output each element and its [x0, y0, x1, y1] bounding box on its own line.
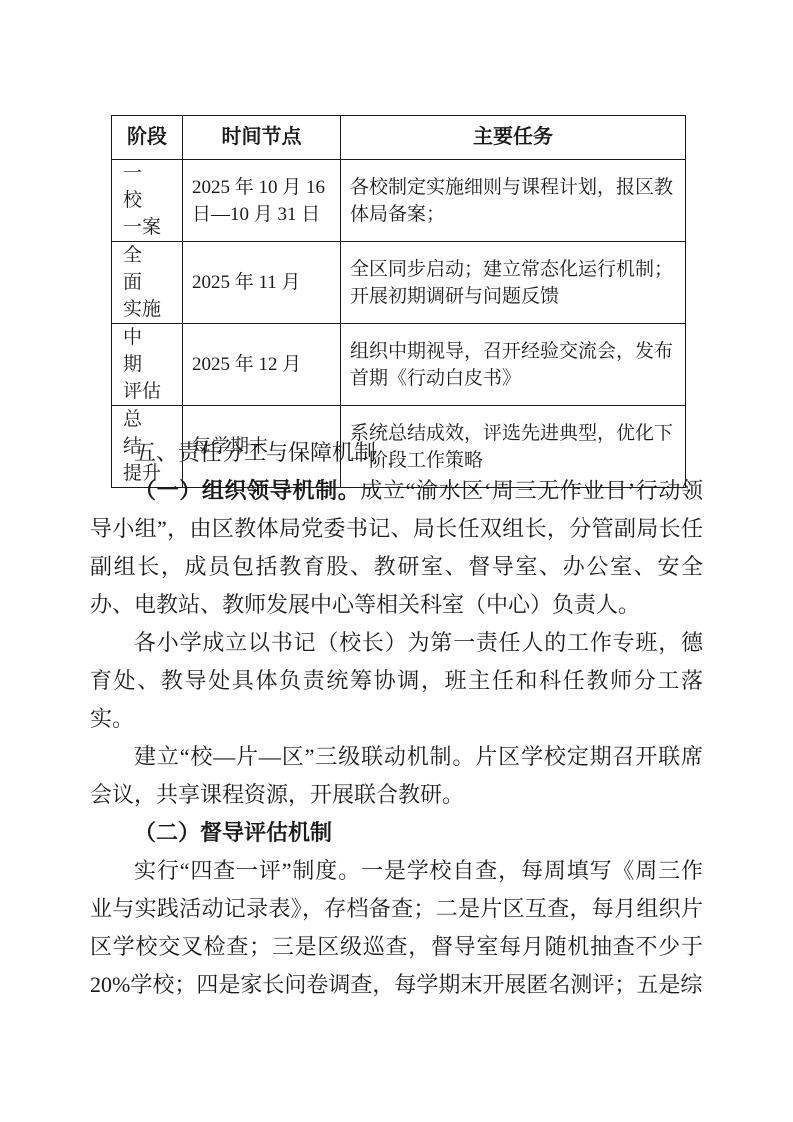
header-time: 时间节点	[183, 116, 341, 160]
phase-schedule-table: 阶段 时间节点 主要任务 一 校 一案 2025 年 10 月 16 日—10 …	[111, 115, 686, 488]
document-page: 阶段 时间节点 主要任务 一 校 一案 2025 年 10 月 16 日—10 …	[0, 0, 793, 1122]
stage-cell: 全 面 实施	[112, 242, 183, 324]
header-stage: 阶段	[112, 116, 183, 160]
stage-line: 一 校	[123, 160, 176, 214]
paragraph-evaluation: 实行“四查一评”制度。一是学校自查，每周填写《周三作业与实践活动记录表》，存档备…	[90, 852, 703, 1004]
table-row: 全 面 实施 2025 年 11 月 全区同步启动；建立常态化运行机制；开展初期…	[112, 242, 686, 324]
header-task: 主要任务	[341, 116, 686, 160]
document-body: 五、责任分工与保障机制 （一）组织领导机制。成立“渝水区‘周三无作业日’行动领导…	[90, 434, 703, 1004]
table-row: 中 期 评估 2025 年 12 月 组织中期视导，召开经验交流会，发布首期《行…	[112, 324, 686, 406]
paragraph-linkage-mechanism: 建立“校—片—区”三级联动机制。片区学校定期召开联席会议，共享课程资源，开展联合…	[90, 738, 703, 814]
section-heading-five: 五、责任分工与保障机制	[90, 434, 703, 472]
stage-line: 全 面	[123, 242, 176, 296]
stage-line: 一案	[123, 214, 176, 241]
stage-line: 中 期	[123, 324, 176, 378]
subsection-title-one: （一）组织领导机制。	[134, 478, 360, 503]
task-cell: 各校制定实施细则与课程计划，报区教体局备案；	[341, 160, 686, 242]
stage-line: 评估	[123, 378, 176, 405]
task-cell: 全区同步启动；建立常态化运行机制；开展初期调研与问题反馈	[341, 242, 686, 324]
time-cell: 2025 年 10 月 16 日—10 月 31 日	[183, 160, 341, 242]
stage-line: 实施	[123, 296, 176, 323]
time-cell: 2025 年 12 月	[183, 324, 341, 406]
task-cell: 组织中期视导，召开经验交流会，发布首期《行动白皮书》	[341, 324, 686, 406]
stage-cell: 中 期 评估	[112, 324, 183, 406]
time-cell: 2025 年 11 月	[183, 242, 341, 324]
table-header-row: 阶段 时间节点 主要任务	[112, 116, 686, 160]
stage-cell: 一 校 一案	[112, 160, 183, 242]
table-row: 一 校 一案 2025 年 10 月 16 日—10 月 31 日 各校制定实施…	[112, 160, 686, 242]
paragraph-leadership: （一）组织领导机制。成立“渝水区‘周三无作业日’行动领导小组”，由区教体局党委书…	[90, 472, 703, 624]
paragraph-school-team: 各小学成立以书记（校长）为第一责任人的工作专班，德育处、教导处具体负责统筹协调，…	[90, 624, 703, 738]
subsection-title-two: （二）督导评估机制	[90, 814, 703, 852]
